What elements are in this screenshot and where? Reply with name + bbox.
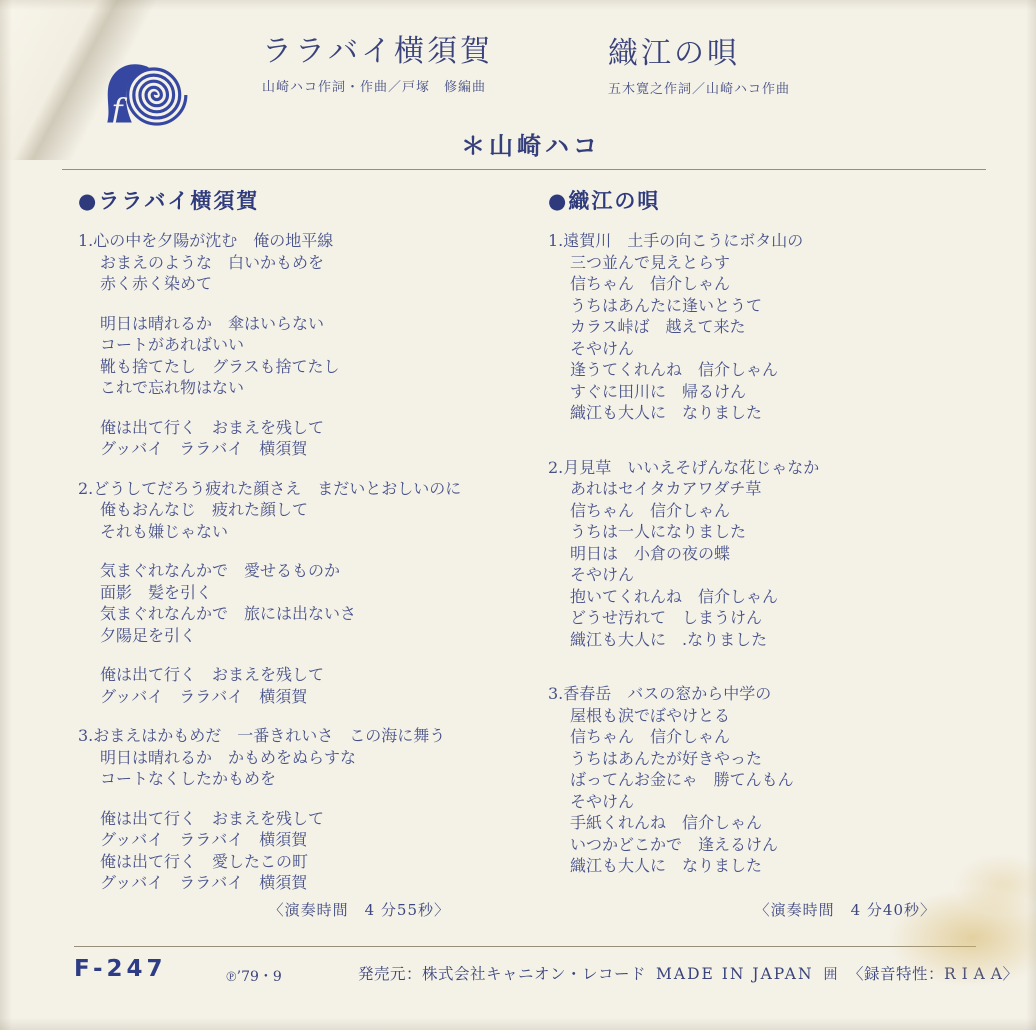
- lyric-line: これで忘れ物はない: [78, 377, 548, 399]
- lyric-line: 靴も捨てたし グラスも捨てたし: [78, 356, 548, 378]
- song-title-b: 織江の唄: [608, 34, 790, 74]
- lyrics-column-left: ●ララバイ横須賀 1.心の中を夕陽が沈む 俺の地平線おまえのような 白いかもめを…: [78, 188, 548, 894]
- catalog-number: F-247: [74, 956, 167, 982]
- lyric-line: 明日は晴れるか かもめをぬらすな: [78, 747, 548, 769]
- footer-divider: [74, 946, 976, 947]
- lyric-line: あれはセイタカアワダチ草: [548, 478, 1018, 500]
- lyrics-left: 1.心の中を夕陽が沈む 俺の地平線おまえのような 白いかもめを赤く赤く染めて明日…: [78, 230, 548, 894]
- lyric-line: 2.どうしてだろう疲れた顔さえ まだいとおしいのに: [78, 478, 548, 500]
- lyric-line: [78, 460, 548, 478]
- lyric-line: ばってんお金にゃ 勝てんもん: [548, 769, 1018, 791]
- lyric-line: グッバイ ララバイ 横須賀: [78, 438, 548, 460]
- lyric-line: 気まぐれなんかで 愛せるものか: [78, 560, 548, 582]
- lyric-line: 俺は出て行く おまえを残して: [78, 417, 548, 439]
- lyric-line: 三つ並んで見えとらす: [548, 252, 1018, 274]
- lyric-line: 俺は出て行く おまえを残して: [78, 808, 548, 830]
- lyric-line: 2.月見草 いいえそげんな花じゃなか: [548, 457, 1018, 479]
- lyric-line: 俺は出て行く おまえを残して: [78, 664, 548, 686]
- phonogram-mark: ℗’79・9: [226, 966, 282, 986]
- lyric-line: 明日は晴れるか 傘はいらない: [78, 313, 548, 335]
- lyric-line: [78, 399, 548, 417]
- lyric-line: 3.香春岳 バスの窓から中学の: [548, 683, 1018, 705]
- lyric-line: グッバイ ララバイ 横須賀: [78, 829, 548, 851]
- lyric-line: [548, 424, 1018, 457]
- lyric-line: コートなくしたかもめを: [78, 768, 548, 790]
- publisher-text: 発売元：株式会社キャニオン・レコード: [358, 962, 646, 984]
- lyric-line: [78, 646, 548, 664]
- section-title-right: ●織江の唄: [548, 188, 1018, 214]
- lyric-line: 信ちゃん 信介しゃん: [548, 726, 1018, 748]
- lyric-line: 信ちゃん 信介しゃん: [548, 273, 1018, 295]
- lyric-line: いつかどこかで 逢えるけん: [548, 834, 1018, 856]
- song-credit-a: 山崎ハコ作詞・作曲／戸塚 修編曲: [262, 76, 493, 95]
- lyric-line: 屋根も涙でぼやけとる: [548, 705, 1018, 727]
- lyric-line: 信ちゃん 信介しゃん: [548, 500, 1018, 522]
- lyric-line: 俺もおんなじ 疲れた顔して: [78, 499, 548, 521]
- lyric-line: 1.遠賀川 土手の向こうにボタ山の: [548, 230, 1018, 252]
- lyric-line: 赤く赤く染めて: [78, 273, 548, 295]
- lyric-line: [548, 650, 1018, 683]
- lyric-line: グッバイ ララバイ 横須賀: [78, 686, 548, 708]
- lyric-line: どうせ汚れて しまうけん: [548, 607, 1018, 629]
- lyrics-right: 1.遠賀川 土手の向こうにボタ山の三つ並んで見えとらす信ちゃん 信介しゃんうちは…: [548, 230, 1018, 877]
- lyric-line: [78, 542, 548, 560]
- lyric-line: カラス峠ば 越えて来た: [548, 316, 1018, 338]
- header-divider: [62, 169, 986, 170]
- lyrics-column-right: ●織江の唄 1.遠賀川 土手の向こうにボタ山の三つ並んで見えとらす信ちゃん 信介…: [548, 188, 1018, 877]
- lyric-line: そやけん: [548, 338, 1018, 360]
- song-header-b: 織江の唄 五木寛之作詞／山崎ハコ作曲: [608, 34, 790, 97]
- lyric-line: 明日は 小倉の夜の蝶: [548, 543, 1018, 565]
- lyric-line: [78, 790, 548, 808]
- artist-name: ＊山崎ハコ: [0, 126, 1036, 161]
- logo-spiral: [128, 69, 186, 124]
- lyric-line: うちはあんたが好きやった: [548, 748, 1018, 770]
- song-header-a: ララバイ横須賀 山崎ハコ作詞・作曲／戸塚 修編曲: [262, 32, 493, 95]
- lyric-line: 逢うてくれんね 信介しゃん: [548, 359, 1018, 381]
- song-title-a: ララバイ横須賀: [262, 32, 493, 72]
- recording-spec-text: 〈録音特性：R I A A〉: [848, 962, 1018, 984]
- duration-note-left: 〈演奏時間 4 分55秒〉: [78, 899, 450, 920]
- lyric-line: 織江も大人に なりました: [548, 402, 1018, 424]
- lyric-line: 夕陽足を引く: [78, 625, 548, 647]
- lyric-line: そやけん: [548, 564, 1018, 586]
- lyric-line: [78, 707, 548, 725]
- made-in-text: MADE IN JAPAN: [656, 965, 814, 983]
- lyric-line: うちは一人になりました: [548, 521, 1018, 543]
- lyric-line: うちはあんたに逢いとうて: [548, 295, 1018, 317]
- lyric-line: すぐに田川に 帰るけん: [548, 381, 1018, 403]
- lyric-line: 1.心の中を夕陽が沈む 俺の地平線: [78, 230, 548, 252]
- section-title-left: ●ララバイ横須賀: [78, 188, 548, 214]
- lyric-line: 俺は出て行く 愛したこの町: [78, 851, 548, 873]
- lyric-line: コートがあればいい: [78, 334, 548, 356]
- boxed-mark-icon: 囲: [824, 964, 839, 984]
- lyric-line: 面影 髪を引く: [78, 582, 548, 604]
- lyric-line: グッバイ ララバイ 横須賀: [78, 872, 548, 894]
- lyric-line: 手紙くれんね 信介しゃん: [548, 812, 1018, 834]
- lyric-line: そやけん: [548, 791, 1018, 813]
- lyric-line: 織江も大人に なりました: [548, 855, 1018, 877]
- record-sleeve-back: f ララバイ横須賀 山崎ハコ作詞・作曲／戸塚 修編曲 織江の唄 五木寛之作詞／山…: [0, 0, 1036, 1030]
- lyric-line: それも嫌じゃない: [78, 521, 548, 543]
- song-credit-b: 五木寛之作詞／山崎ハコ作曲: [608, 78, 790, 97]
- lyric-line: 3.おまえはかもめだ 一番きれいさ この海に舞う: [78, 725, 548, 747]
- lyric-line: おまえのような 白いかもめを: [78, 252, 548, 274]
- lyric-line: 気まぐれなんかで 旅には出ないさ: [78, 603, 548, 625]
- publisher-line: 発売元：株式会社キャニオン・レコード MADE IN JAPAN 囲 〈録音特性…: [358, 962, 1019, 984]
- lyric-line: 抱いてくれんね 信介しゃん: [548, 586, 1018, 608]
- duration-note-right: 〈演奏時間 4 分40秒〉: [548, 899, 936, 920]
- lyric-line: [78, 295, 548, 313]
- lyric-line: 織江も大人に .なりました: [548, 629, 1018, 651]
